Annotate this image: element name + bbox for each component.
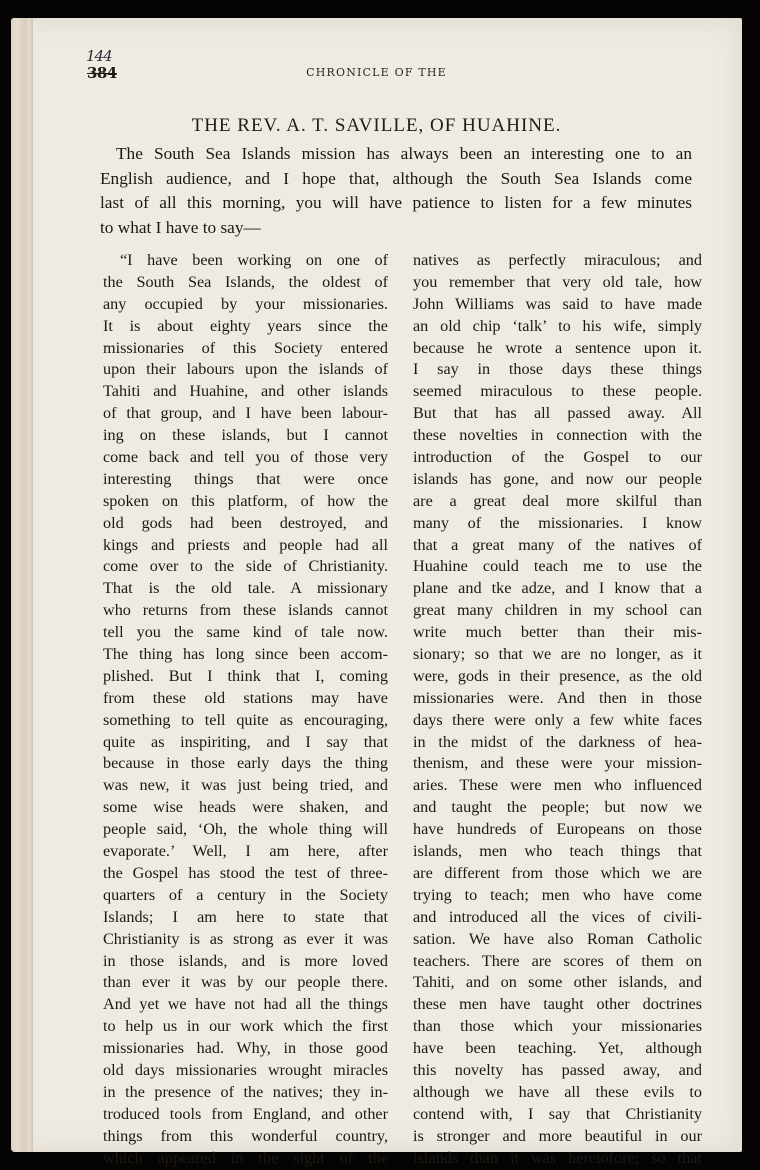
text-line: write much better than their mis- (413, 622, 702, 644)
text-line: have hundreds of Europeans on those (413, 819, 702, 841)
text-line: tell you the same kind of tale now. (103, 622, 388, 644)
text-line: kings and priests and people had all (103, 535, 388, 557)
text-line: the Gospel has stood the test of three- (103, 863, 388, 885)
text-line: Huahine could teach me to use the (413, 556, 702, 578)
text-line: in the presence of the natives; they in- (103, 1082, 388, 1104)
text-line: these men have taught other doctrines (413, 994, 702, 1016)
text-line: contend with, I say that Christianity (413, 1104, 702, 1126)
text-line: and introduced all the vices of civili- (413, 907, 702, 929)
text-line: some wise heads were shaken, and (103, 797, 388, 819)
text-line: in those islands, and is more loved (103, 951, 388, 973)
handwritten-page-number: 144 (86, 47, 112, 65)
text-line: that a great many of the natives of (413, 535, 702, 557)
text-line: plished. But I think that I, coming (103, 666, 388, 688)
text-line: who returns from these islands cannot (103, 600, 388, 622)
text-line: And yet we have not had all the things (103, 994, 388, 1016)
text-line: because in those early days the thing (103, 753, 388, 775)
text-line: is stronger and more beautiful in our (413, 1126, 702, 1148)
text-line: ing on these islands, but I cannot (103, 425, 388, 447)
text-line: thenism, and these were your mission- (413, 753, 702, 775)
text-line: in the midst of the darkness of hea- (413, 732, 702, 754)
text-line: seemed miraculous to these people. (413, 381, 702, 403)
text-line: days there were only a few white faces (413, 710, 702, 732)
text-line: although we have all these evils to (413, 1082, 702, 1104)
text-line: quite as inspiriting, and I say that (103, 732, 388, 754)
text-line: missionaries had. Why, in those good (103, 1038, 388, 1060)
text-line: was new, it was just being tried, and (103, 775, 388, 797)
text-line: Christianity is as strong as ever it was (103, 929, 388, 951)
text-line: people said, ‘Oh, the whole thing will (103, 819, 388, 841)
text-line: troduced tools from England, and other (103, 1104, 388, 1126)
text-line: Tahiti, and on some other islands, and (413, 972, 702, 994)
text-line: great many children in my school can (413, 600, 702, 622)
intro-paragraph: The South Sea Islands mission has always… (100, 142, 692, 240)
text-line: I say in those days these things (413, 359, 702, 381)
text-line: because he wrote a sentence upon it. (413, 338, 702, 360)
text-line: The South Sea Islands mission has always… (100, 142, 692, 167)
text-line: islands, men who teach things that (413, 841, 702, 863)
text-line: islands than it was heretofore; so that (413, 1148, 702, 1170)
text-line: these novelties in connection with the (413, 425, 702, 447)
text-line: The thing has long since been accom- (103, 644, 388, 666)
text-line: which appeared in the sight of the (103, 1148, 388, 1170)
text-line: sation. We have also Roman Catholic (413, 929, 702, 951)
document-page: 144 384 CHRONICLE OF THE THE REV. A. T. … (11, 18, 742, 1152)
running-head: CHRONICLE OF THE (11, 66, 742, 79)
text-line: That is the old tale. A missionary (103, 578, 388, 600)
text-line: to help us in our work which the first (103, 1016, 388, 1038)
text-line: missionaries were. And then in those (413, 688, 702, 710)
text-line: of that group, and I have been labour- (103, 403, 388, 425)
text-line: have been teaching. Yet, although (413, 1038, 702, 1060)
text-line: than ever it was by our people there. (103, 972, 388, 994)
text-line: to what I have to say— (100, 216, 692, 241)
text-line: quarters of a century in the Society (103, 885, 388, 907)
text-line: John Williams was said to have made (413, 294, 702, 316)
text-line: something to tell quite as encouraging, (103, 710, 388, 732)
text-line: this novelty has passed away, and (413, 1060, 702, 1082)
text-line: Tahiti and Huahine, and other islands (103, 381, 388, 403)
text-line: interesting things that were once (103, 469, 388, 491)
text-line: introduction of the Gospel to our (413, 447, 702, 469)
text-line: are different from those which we are (413, 863, 702, 885)
text-line: from these old stations may have (103, 688, 388, 710)
text-line: any occupied by your missionaries. (103, 294, 388, 316)
text-line: sionary; so that we are no longer, as it (413, 644, 702, 666)
article-title: THE REV. A. T. SAVILLE, OF HUAHINE. (11, 115, 742, 137)
text-line: than those which your missionaries (413, 1016, 702, 1038)
text-line: are a great deal more skilful than (413, 491, 702, 513)
text-line: islands has gone, and now our people (413, 469, 702, 491)
text-line: things from this wonderful country, (103, 1126, 388, 1148)
text-line: an old chip ‘talk’ to his wife, simply (413, 316, 702, 338)
text-line: English audience, and I hope that, altho… (100, 167, 692, 192)
text-line: were, gods in their presence, as the old (413, 666, 702, 688)
text-line: and taught the people; but now we (413, 797, 702, 819)
text-line: Islands; I am here to state that (103, 907, 388, 929)
right-column: natives as perfectly miraculous; andyou … (413, 250, 702, 1169)
text-line: trying to teach; men who have come (413, 885, 702, 907)
text-line: old days missionaries wrought miracles (103, 1060, 388, 1082)
text-line: aries. These were men who influenced (413, 775, 702, 797)
text-line: missionaries of this Society entered (103, 338, 388, 360)
text-line: plane and tke adze, and I know that a (413, 578, 702, 600)
text-line: you remember that very old tale, how (413, 272, 702, 294)
text-line: many of the missionaries. I know (413, 513, 702, 535)
text-line: old gods had been destroyed, and (103, 513, 388, 535)
left-column: “I have been working on one ofthe South … (103, 250, 388, 1169)
text-line: “I have been working on one of (103, 250, 388, 272)
text-line: last of all this morning, you will have … (100, 191, 692, 216)
text-line: It is about eighty years since the (103, 316, 388, 338)
text-line: come back and tell you of those very (103, 447, 388, 469)
text-line: come over to the side of Christianity. (103, 556, 388, 578)
text-line: upon their labours upon the islands of (103, 359, 388, 381)
text-line: But that has all passed away. All (413, 403, 702, 425)
text-line: spoken on this platform, of how the (103, 491, 388, 513)
text-line: teachers. There are scores of them on (413, 951, 702, 973)
binding-edge (11, 18, 33, 1152)
text-line: natives as perfectly miraculous; and (413, 250, 702, 272)
text-line: the South Sea Islands, the oldest of (103, 272, 388, 294)
text-line: evaporate.’ Well, I am here, after (103, 841, 388, 863)
